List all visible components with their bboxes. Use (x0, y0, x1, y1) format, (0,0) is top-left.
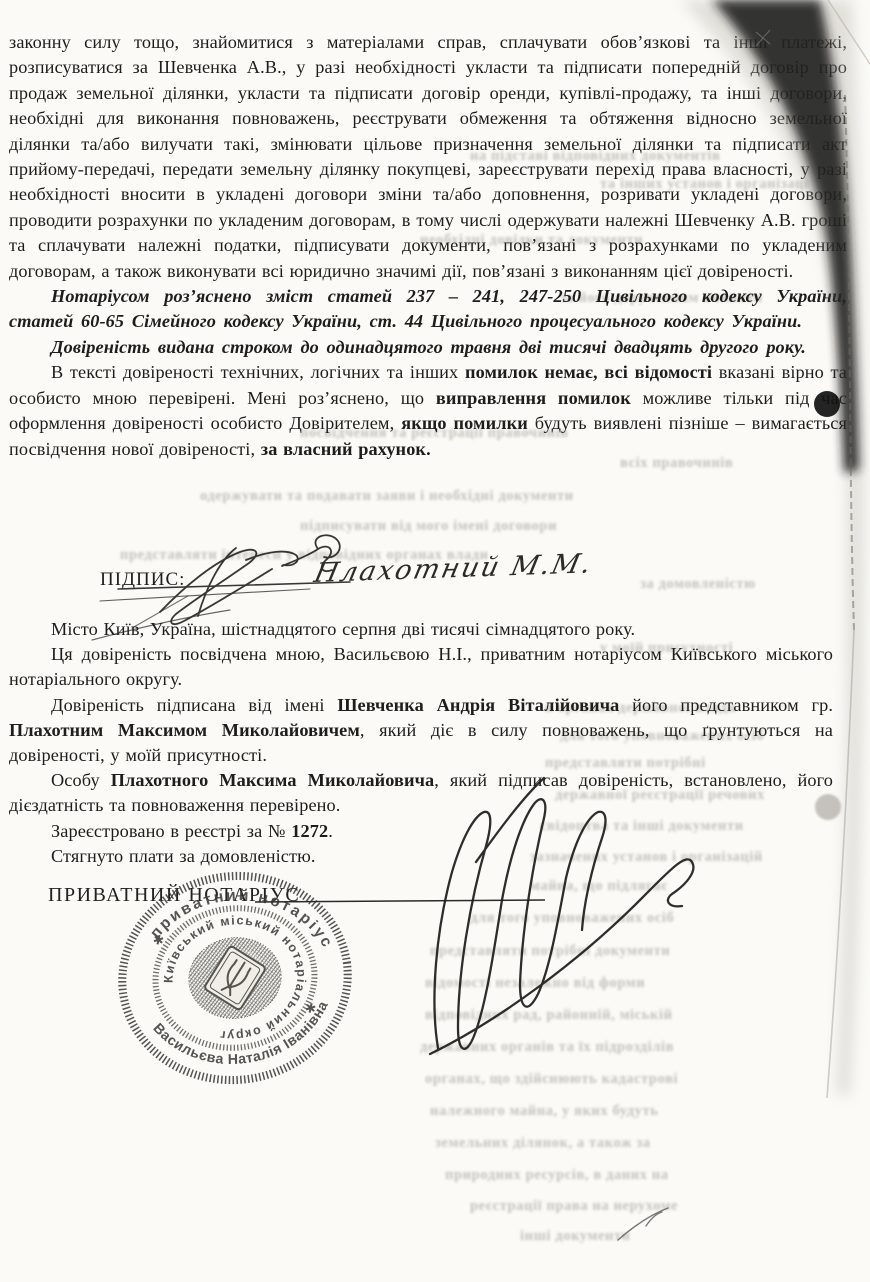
bleed-through-text: природних ресурсів, в даних на (445, 1167, 695, 1184)
bleed-through-text: одержувати та подавати заяви і необхідні… (200, 488, 760, 505)
text-segment: Ця довіреність посвідчена мною, Васильєв… (9, 644, 833, 689)
paragraph: Нотаріусом роз’яснено зміст статей 237 –… (9, 284, 847, 335)
paragraph: Особу Плахотного Максима Миколайовича, я… (9, 768, 833, 818)
notary-stamp: приватний нотаріус Васильєва Наталія Іва… (113, 866, 357, 1090)
bold-text-segment: виправлення помилок (436, 388, 631, 408)
bold-text-segment: всі відомості (604, 362, 712, 382)
body-top: законну силу тощо, знайомитися з матеріа… (9, 30, 847, 462)
bleed-through-text: підписувати від мого імені договори (300, 518, 720, 535)
body-bottom: Місто Київ, Україна, шістнадцятого серпн… (9, 617, 833, 869)
text-segment: Стягнуто плати за домовленістю. (51, 846, 316, 866)
bold-text-segment: Шевченка Андрія Віталійовича (337, 695, 619, 715)
paragraph: Довіреність видана строком до одинадцято… (9, 335, 847, 360)
paragraph: Зареєстровано в реєстрі за № 1272. (9, 819, 833, 844)
text-segment: . (328, 821, 333, 841)
bleed-through-text: належного майна, у яких будуть (430, 1103, 730, 1120)
text-segment: Зареєстровано в реєстрі за № (51, 821, 291, 841)
bleed-through-text: земельних ділянок, а також за (435, 1135, 715, 1152)
bleed-through-text: представляти потрібні документи (430, 943, 730, 960)
text-segment: його представником гр. (619, 695, 833, 715)
text-segment: Довіреність підписана від імені (51, 695, 337, 715)
bleed-through-text: відповідних рад, районній, міській (425, 1007, 745, 1024)
bleed-through-text: державних органів та їх підрозділів (420, 1039, 750, 1056)
bold-text-segment: якщо помилки (401, 413, 528, 433)
paragraph: Ця довіреність посвідчена мною, Васильєв… (9, 642, 833, 692)
paragraph: Місто Київ, Україна, шістнадцятого серпн… (9, 617, 833, 642)
text-segment: Місто Київ, Україна, шістнадцятого серпн… (51, 619, 635, 639)
scanned-notarial-document-page: { "document": { "top_paragraphs": [ {"st… (0, 0, 870, 1282)
bold-text-segment: помилок немає, (465, 362, 598, 382)
paragraph: В тексті довіреності технічних, логічних… (9, 360, 847, 462)
bold-text-segment: 1272 (291, 821, 328, 841)
bold-text-segment: Плахотного Максима Миколайовича (111, 770, 435, 790)
text-segment: Довіреність видана строком до одинадцято… (51, 337, 806, 357)
signature-label: ПІДПИС: (100, 569, 185, 591)
bleed-through-text: реєстрації права на нерухоме (470, 1198, 680, 1215)
bleed-through-text: інші документи (520, 1228, 670, 1245)
bleed-through-text: органах, що здійснюють кадастрові (425, 1071, 745, 1088)
bleed-through-text: за домовленістю (640, 576, 840, 593)
bleed-through-text: відомості незалежно від форми (425, 975, 735, 992)
text-segment: законну силу тощо, знайомитися з матеріа… (9, 32, 847, 281)
paragraph: законну силу тощо, знайомитися з матеріа… (9, 30, 847, 284)
bleed-through-text: майна, що підлягає (530, 878, 765, 895)
stamp-ink-group: приватний нотаріус Васильєва Наталія Іва… (113, 866, 357, 1090)
page: на підставі відповідних документівта інш… (0, 0, 870, 1282)
text-segment: В тексті довіреності технічних, логічних… (51, 362, 465, 382)
bold-text-segment: за власний рахунок. (261, 439, 431, 459)
bold-text-segment: Плахотним Максимом Миколайовичем (9, 720, 360, 740)
bleed-through-text: для того уповноважених осіб (470, 910, 750, 927)
paragraph: Довіреність підписана від імені Шевченка… (9, 693, 833, 769)
text-segment: Нотаріусом роз’яснено зміст статей 237 –… (9, 286, 847, 331)
bleed-through-text: представляти інтереси у відповідних орга… (120, 547, 760, 564)
text-segment: Особу (51, 770, 111, 790)
